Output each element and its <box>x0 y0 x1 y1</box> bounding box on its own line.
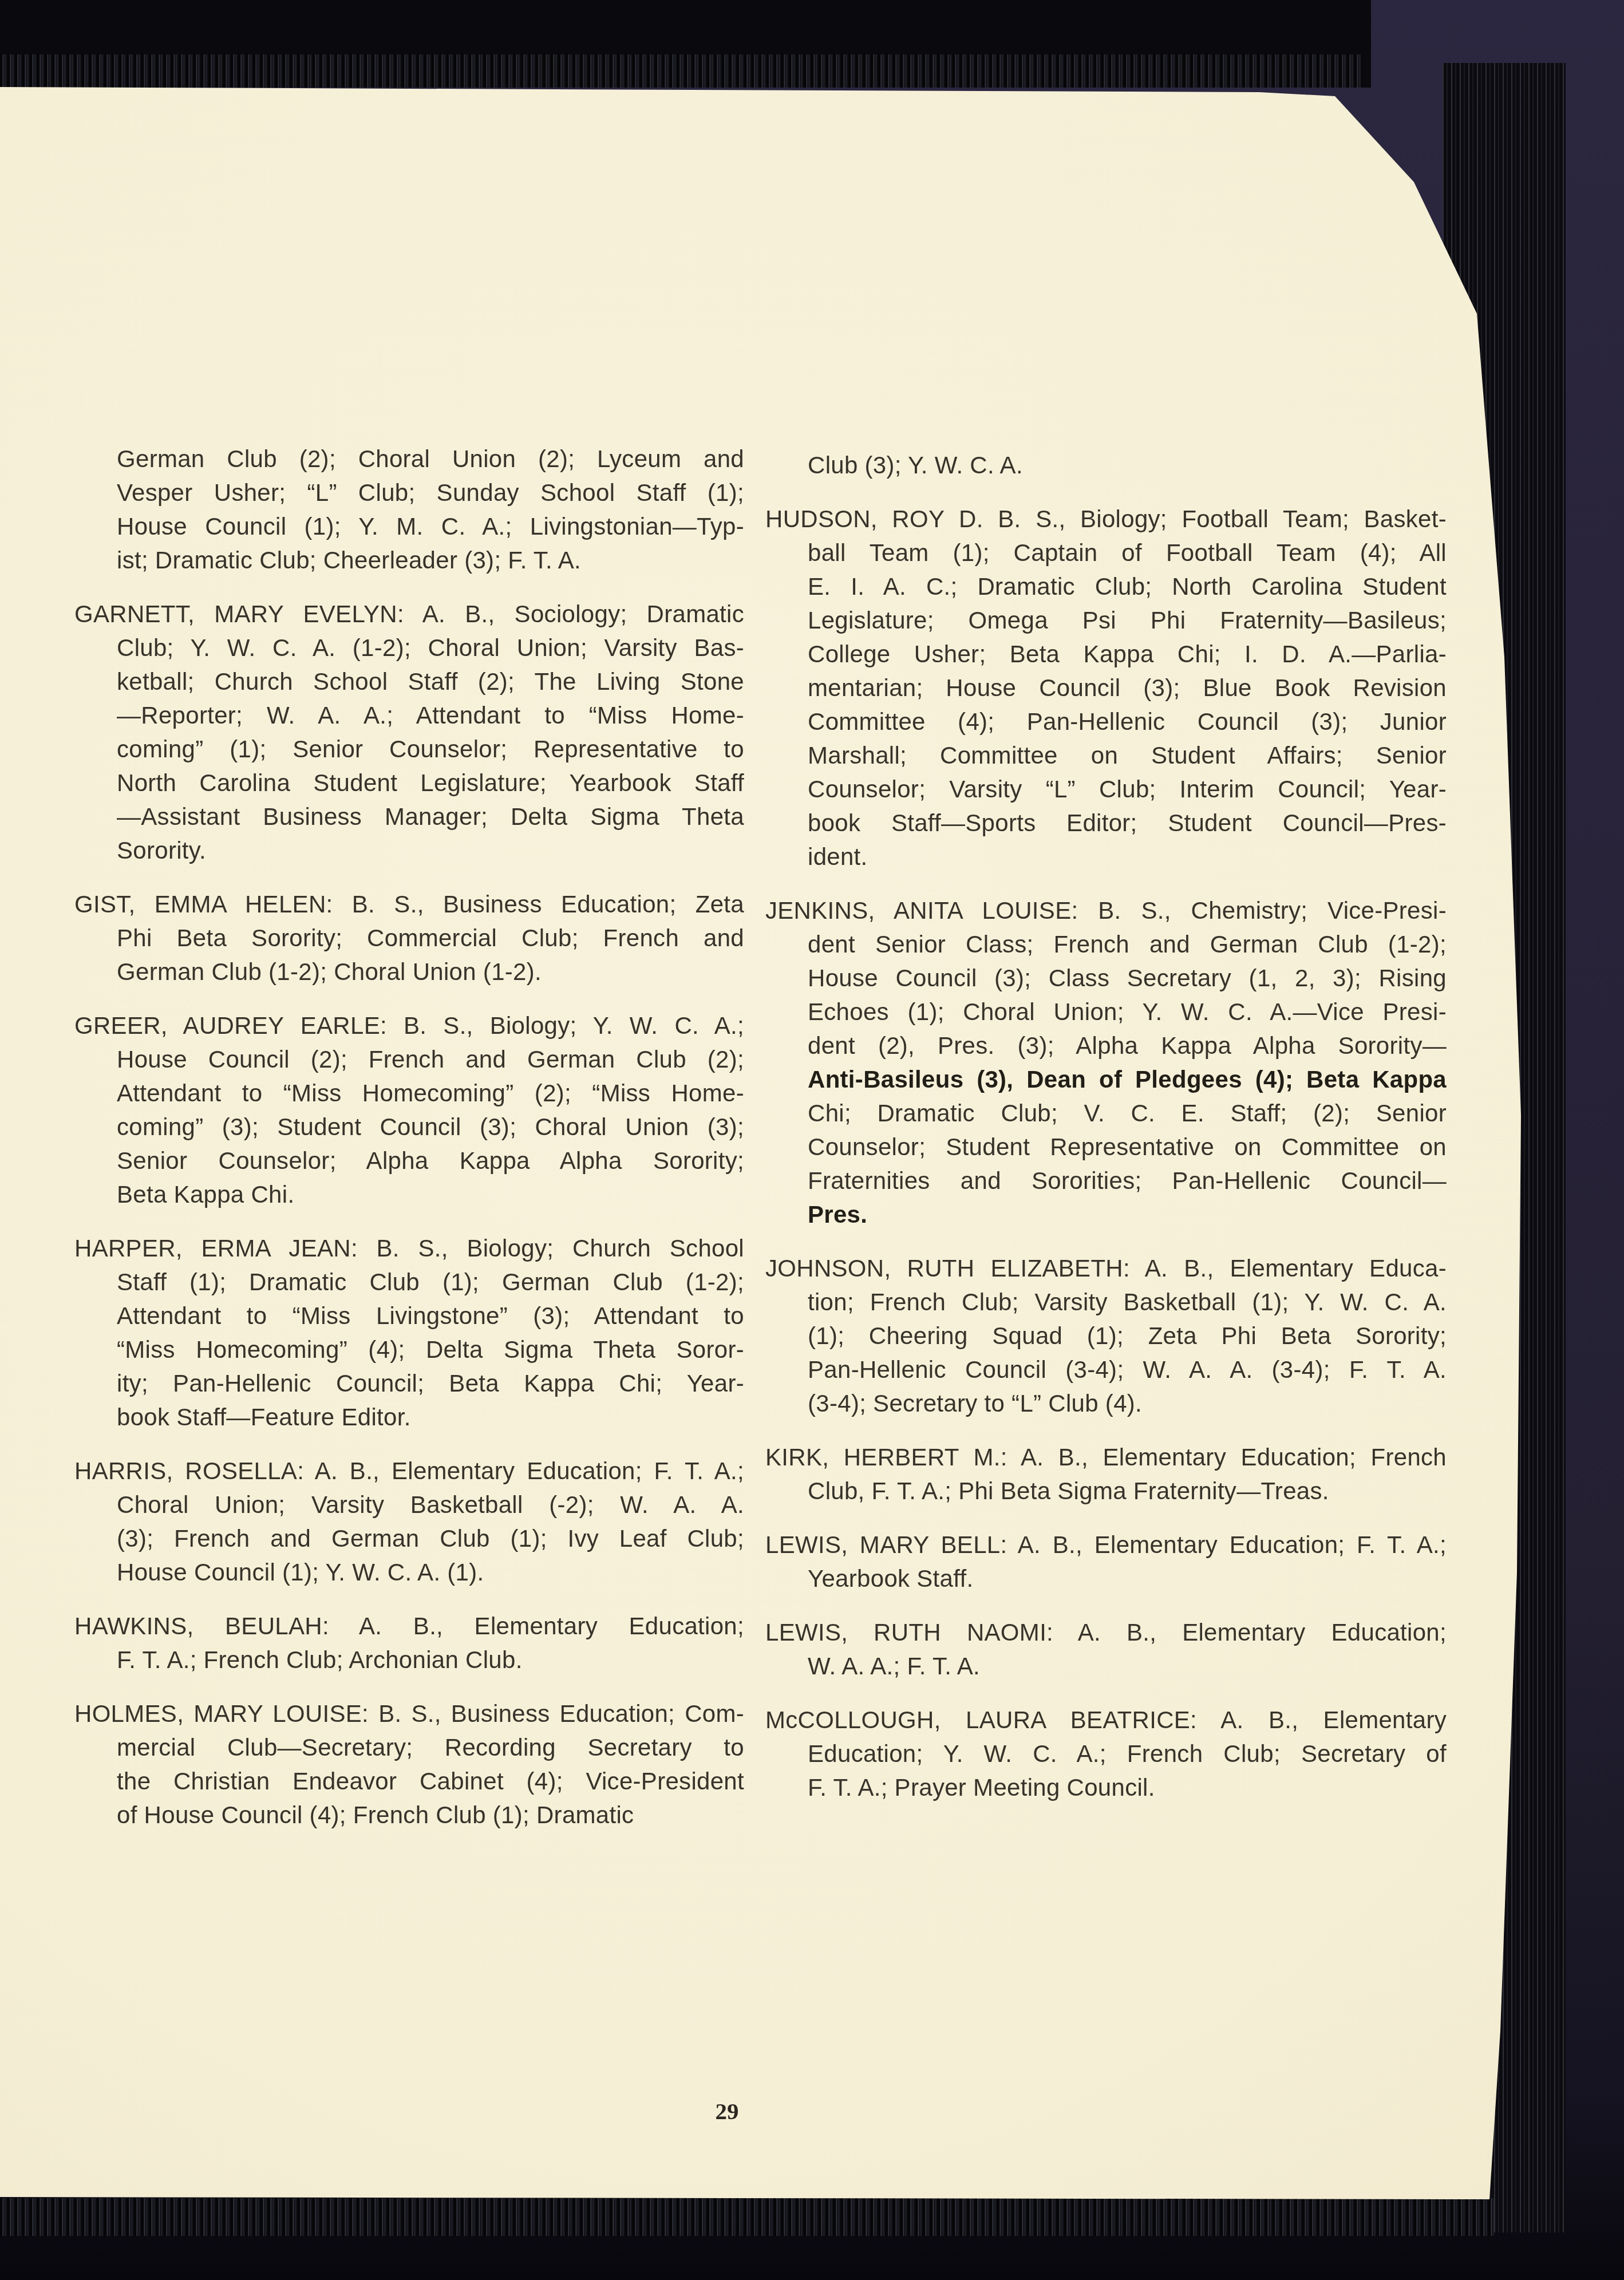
text-line: of House Council (4); French Club (1); D… <box>74 1798 744 1832</box>
text-line: Sorority. <box>74 833 744 867</box>
text-line: (1); Cheering Squad (1); Zeta Phi Beta S… <box>765 1319 1447 1353</box>
text-line: KIRK, HERBERT M.: A. B., Elementary Educ… <box>765 1440 1447 1474</box>
text-line: ident. <box>765 840 1447 874</box>
text-line: LEWIS, RUTH NAOMI: A. B., Elementary Edu… <box>765 1615 1447 1649</box>
text-line: book Staff—Feature Editor. <box>74 1400 744 1434</box>
text-line: mercial Club—Secretary; Recording Secret… <box>74 1730 744 1764</box>
text-line: Chi; Dramatic Club; V. C. E. Staff; (2);… <box>765 1096 1447 1130</box>
text-line: —Reporter; W. A. A.; Attendant to “Miss … <box>74 698 744 732</box>
text-line: Echoes (1); Choral Union; Y. W. C. A.—Vi… <box>765 995 1447 1029</box>
text-line: House Council (1); Y. W. C. A. (1). <box>74 1555 744 1589</box>
text-line: book Staff—Sports Editor; Student Counci… <box>765 806 1447 840</box>
text-line: Club (3); Y. W. C. A. <box>765 448 1447 482</box>
text-line: mentarian; House Council (3); Blue Book … <box>765 671 1447 705</box>
text-line: Senior Counselor; Alpha Kappa Alpha Soro… <box>74 1144 744 1177</box>
text-line: LEWIS, MARY BELL: A. B., Elementary Educ… <box>765 1528 1447 1562</box>
text-line: Choral Union; Varsity Basketball (-2); W… <box>74 1488 744 1522</box>
text-line: House Council (1); Y. M. C. A.; Livingst… <box>74 509 744 543</box>
entry-kirk-herbert-m: KIRK, HERBERT M.: A. B., Elementary Educ… <box>765 1440 1447 1508</box>
text-line: Pres. <box>765 1198 1447 1231</box>
continued-entry-text: German Club (2); Choral Union (2); Lyceu… <box>74 442 744 577</box>
text-line: dent Senior Class; French and German Clu… <box>765 927 1447 961</box>
entry-harper-erma-jean: HARPER, ERMA JEAN: B. S., Biology; Churc… <box>74 1231 744 1434</box>
entry-greer-audrey-earle: GREER, AUDREY EARLE: B. S., Biology; Y. … <box>74 1009 744 1211</box>
column-right: Club (3); Y. W. C. A.HUDSON, ROY D. B. S… <box>765 448 1447 1824</box>
text-line: Marshall; Committee on Student Affairs; … <box>765 738 1447 772</box>
entry-hudson-roy-d: HUDSON, ROY D. B. S., Biology; Football … <box>765 502 1447 874</box>
entry-lewis-mary-bell: LEWIS, MARY BELL: A. B., Elementary Educ… <box>765 1528 1447 1595</box>
column-left: German Club (2); Choral Union (2); Lyceu… <box>74 442 744 1852</box>
text-line: HUDSON, ROY D. B. S., Biology; Football … <box>765 502 1447 536</box>
entry-jenkins-anita-louise: JENKINS, ANITA LOUISE: B. S., Chemistry;… <box>765 894 1447 1231</box>
text-line: Vesper Usher; “L” Club; Sunday School St… <box>74 476 744 509</box>
text-line: (3); French and German Club (1); Ivy Lea… <box>74 1522 744 1555</box>
text-line: German Club (2); Choral Union (2); Lyceu… <box>74 442 744 476</box>
text-line: ketball; Church School Staff (2); The Li… <box>74 665 744 698</box>
text-line: Beta Kappa Chi. <box>74 1177 744 1211</box>
text-line: Counselor; Student Representative on Com… <box>765 1130 1447 1164</box>
text-line: House Council (2); French and German Clu… <box>74 1042 744 1076</box>
text-line: Yearbook Staff. <box>765 1562 1447 1595</box>
text-line: College Usher; Beta Kappa Chi; I. D. A.—… <box>765 637 1447 671</box>
text-line: ball Team (1); Captain of Football Team … <box>765 536 1447 570</box>
text-line: North Carolina Student Legislature; Year… <box>74 766 744 800</box>
text-line: GREER, AUDREY EARLE: B. S., Biology; Y. … <box>74 1009 744 1042</box>
text-line: HARPER, ERMA JEAN: B. S., Biology; Churc… <box>74 1231 744 1265</box>
text-line: dent (2), Pres. (3); Alpha Kappa Alpha S… <box>765 1029 1447 1062</box>
entry-gist-emma-helen: GIST, EMMA HELEN: B. S., Business Educat… <box>74 887 744 989</box>
page-edges-texture-top <box>0 54 1362 88</box>
text-line: tion; French Club; Varsity Basketball (1… <box>765 1285 1447 1319</box>
entry-hawkins-beulah: HAWKINS, BEULAH: A. B., Elementary Educa… <box>74 1609 744 1677</box>
entry-harris-rosella: HARRIS, ROSELLA: A. B., Elementary Educa… <box>74 1454 744 1589</box>
text-line: —Assistant Business Manager; Delta Sigma… <box>74 800 744 833</box>
text-line: Education; Y. W. C. A.; French Club; Sec… <box>765 1737 1447 1771</box>
text-line: GARNETT, MARY EVELYN: A. B., Sociology; … <box>74 597 744 631</box>
text-line: the Christian Endeavor Cabinet (4); Vice… <box>74 1764 744 1798</box>
text-line: Attendant to “Miss Livingstone” (3); Att… <box>74 1299 744 1333</box>
text-line: coming” (1); Senior Counselor; Represent… <box>74 732 744 766</box>
continued-entry-text: Club (3); Y. W. C. A. <box>765 448 1447 482</box>
entry-johnson-ruth-elizabeth: JOHNSON, RUTH ELIZABETH: A. B., Elementa… <box>765 1251 1447 1420</box>
page-edges-texture-bottom <box>0 2198 1494 2236</box>
text-line: McCOLLOUGH, LAURA BEATRICE: A. B., Eleme… <box>765 1703 1447 1737</box>
text-line: W. A. A.; F. T. A. <box>765 1649 1447 1683</box>
text-line: F. T. A.; Prayer Meeting Council. <box>765 1771 1447 1804</box>
text-line: (3-4); Secretary to “L” Club (4). <box>765 1386 1447 1420</box>
entry-mccollough-laura-beatrice: McCOLLOUGH, LAURA BEATRICE: A. B., Eleme… <box>765 1703 1447 1804</box>
text-line: Committee (4); Pan-Hellenic Council (3);… <box>765 705 1447 738</box>
page-number: 29 <box>690 2097 764 2125</box>
text-line: HARRIS, ROSELLA: A. B., Elementary Educa… <box>74 1454 744 1488</box>
text-line: Anti-Basileus (3), Dean of Pledgees (4);… <box>765 1062 1447 1096</box>
text-line: German Club (1-2); Choral Union (1-2). <box>74 955 744 989</box>
entry-holmes-mary-louise: HOLMES, MARY LOUISE: B. S., Business Edu… <box>74 1697 744 1832</box>
text-line: Legislature; Omega Psi Phi Fraternity—Ba… <box>765 603 1447 637</box>
text-line: HOLMES, MARY LOUISE: B. S., Business Edu… <box>74 1697 744 1730</box>
text-line: Club; Y. W. C. A. (1-2); Choral Union; V… <box>74 631 744 665</box>
text-line: Counselor; Varsity “L” Club; Interim Cou… <box>765 772 1447 806</box>
text-line: JENKINS, ANITA LOUISE: B. S., Chemistry;… <box>765 894 1447 927</box>
entry-garnett-mary-evelyn: GARNETT, MARY EVELYN: A. B., Sociology; … <box>74 597 744 867</box>
text-line: JOHNSON, RUTH ELIZABETH: A. B., Elementa… <box>765 1251 1447 1285</box>
text-line: House Council (3); Class Secretary (1, 2… <box>765 961 1447 995</box>
text-line: GIST, EMMA HELEN: B. S., Business Educat… <box>74 887 744 921</box>
text-line: coming” (3); Student Council (3); Choral… <box>74 1110 744 1144</box>
entry-lewis-ruth-naomi: LEWIS, RUTH NAOMI: A. B., Elementary Edu… <box>765 1615 1447 1683</box>
text-line: Pan-Hellenic Council (3-4); W. A. A. (3-… <box>765 1353 1447 1386</box>
text-line: Fraternities and Sororities; Pan-Helleni… <box>765 1164 1447 1198</box>
text-line: Club, F. T. A.; Phi Beta Sigma Fraternit… <box>765 1474 1447 1508</box>
text-line: E. I. A. C.; Dramatic Club; North Caroli… <box>765 570 1447 603</box>
text-line: “Miss Homecoming” (4); Delta Sigma Theta… <box>74 1333 744 1366</box>
text-line: F. T. A.; French Club; Archonian Club. <box>74 1643 744 1677</box>
text-line: Staff (1); Dramatic Club (1); German Clu… <box>74 1265 744 1299</box>
text-line: Attendant to “Miss Homecoming” (2); “Mis… <box>74 1076 744 1110</box>
text-line: ity; Pan-Hellenic Council; Beta Kappa Ch… <box>74 1366 744 1400</box>
yearbook-photo: German Club (2); Choral Union (2); Lyceu… <box>0 0 1624 2280</box>
text-line: HAWKINS, BEULAH: A. B., Elementary Educa… <box>74 1609 744 1643</box>
text-line: Phi Beta Sorority; Commercial Club; Fren… <box>74 921 744 955</box>
text-line: ist; Dramatic Club; Cheerleader (3); F. … <box>74 543 744 577</box>
